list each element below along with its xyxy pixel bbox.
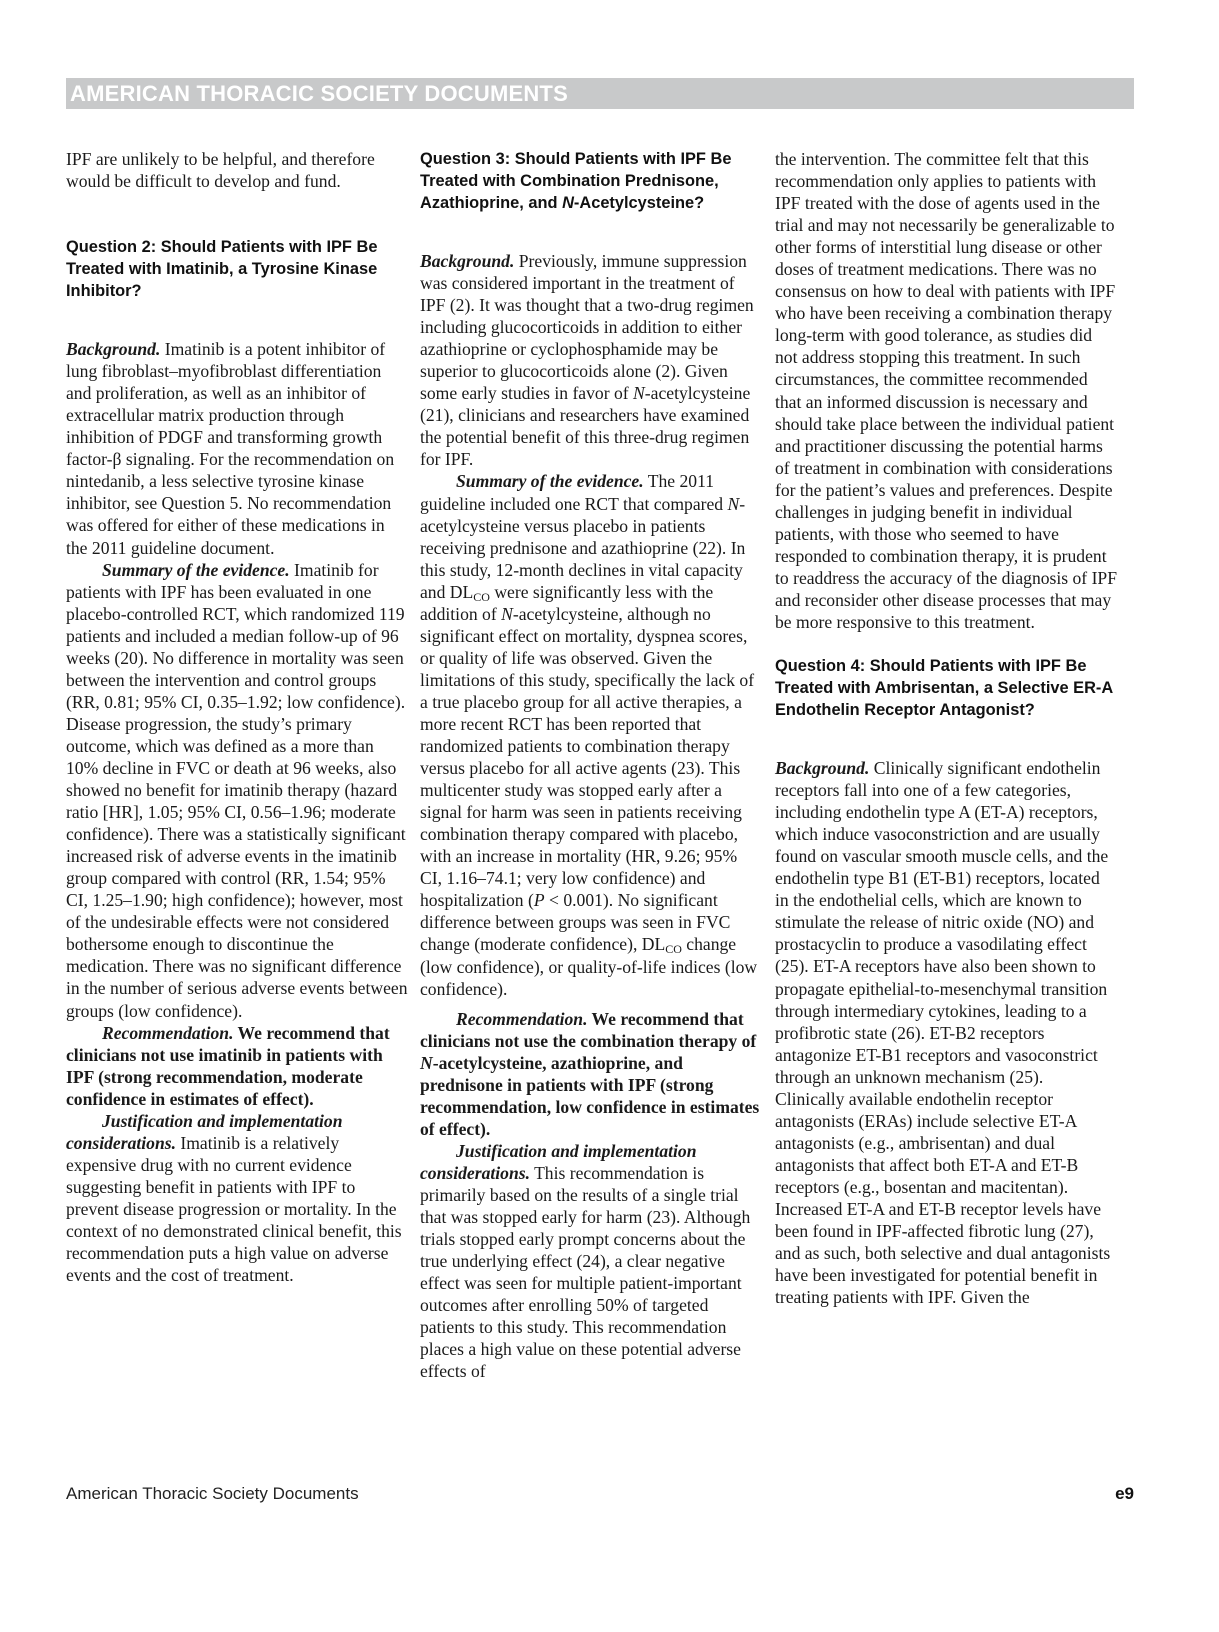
q3-justification: Justification and implementation conside… — [420, 1140, 762, 1383]
column-3: the intervention. The committee felt tha… — [775, 148, 1117, 1308]
footer-page-number: e9 — [1115, 1484, 1134, 1504]
q2-recommendation: Recommendation. We recommend that clinic… — [66, 1022, 408, 1110]
q3-recommendation: Recommendation. We recommend that clinic… — [420, 1008, 762, 1140]
q2-summary: Summary of the evidence. Imatinib for pa… — [66, 559, 408, 1022]
q2-background: Background. Imatinib is a potent inhibit… — [66, 338, 408, 558]
question-3-heading: Question 3: Should Patients with IPF Be … — [420, 148, 762, 214]
question-2-heading: Question 2: Should Patients with IPF Be … — [66, 236, 408, 302]
section-banner: AMERICAN THORACIC SOCIETY DOCUMENTS — [66, 78, 1134, 109]
carryover-paragraph: IPF are unlikely to be helpful, and ther… — [66, 148, 408, 192]
q3-justification-continued: the intervention. The committee felt tha… — [775, 148, 1117, 633]
column-2: Question 3: Should Patients with IPF Be … — [420, 148, 762, 1382]
column-1: IPF are unlikely to be helpful, and ther… — [66, 148, 408, 1286]
q3-background: Background. Previously, immune suppressi… — [420, 250, 762, 470]
q4-background: Background. Clinically significant endot… — [775, 757, 1117, 1308]
question-4-heading: Question 4: Should Patients with IPF Be … — [775, 655, 1117, 721]
q3-summary: Summary of the evidence. The 2011 guidel… — [420, 470, 762, 999]
footer-journal-name: American Thoracic Society Documents — [66, 1484, 359, 1504]
q2-justification: Justification and implementation conside… — [66, 1110, 408, 1286]
